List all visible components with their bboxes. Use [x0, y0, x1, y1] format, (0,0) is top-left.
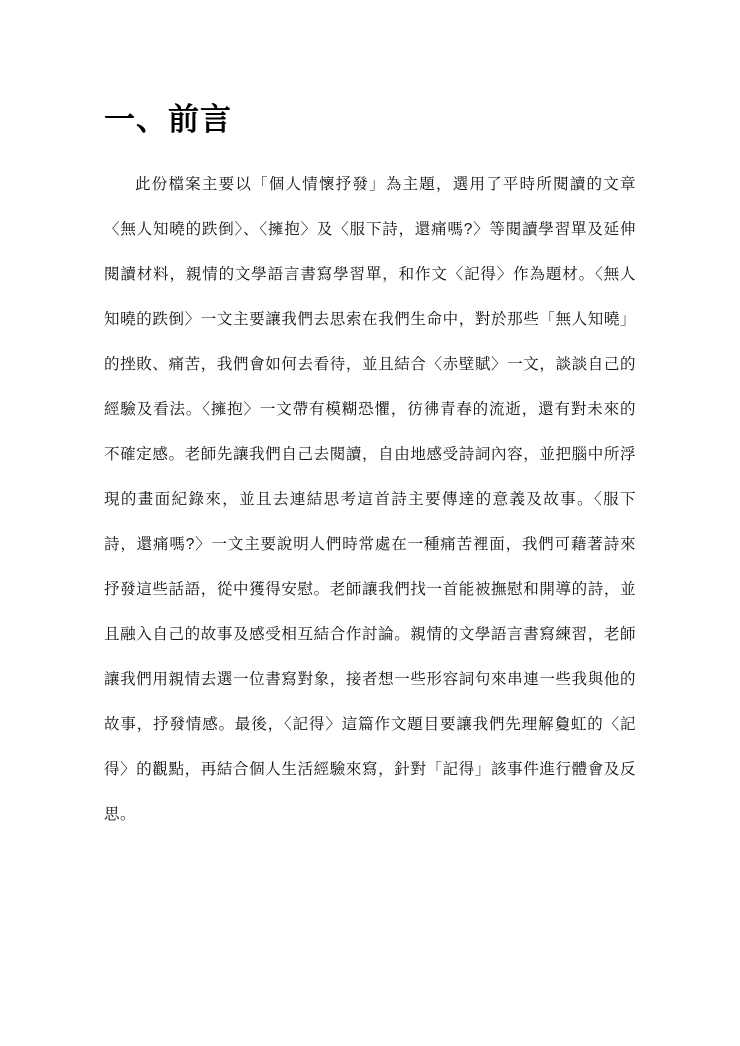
section-heading: 一、前言	[104, 100, 636, 140]
document-page: 一、前言 此份檔案主要以「個人情懷抒發」為主題，選用了平時所閱讀的文章〈無人知曉…	[0, 0, 740, 1046]
body-paragraph: 此份檔案主要以「個人情懷抒發」為主題，選用了平時所閱讀的文章〈無人知曉的跌倒〉、…	[104, 162, 636, 837]
